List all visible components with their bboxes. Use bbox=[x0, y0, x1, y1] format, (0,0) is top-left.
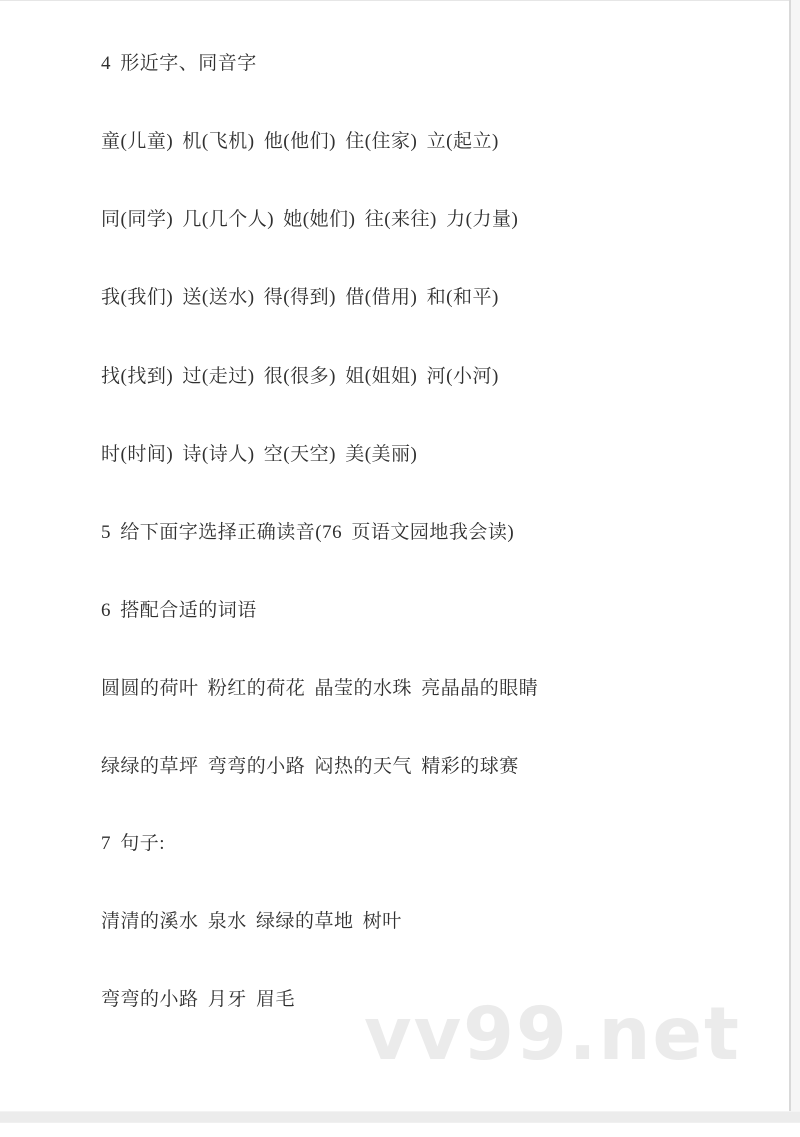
heading-section-7: 7 句子: bbox=[101, 833, 165, 855]
text-line-sentences-1: 清清的溪水 泉水 绿绿的草地 树叶 bbox=[101, 911, 402, 933]
watermark: vv99.net bbox=[364, 998, 741, 1071]
viewer-right-margin bbox=[791, 0, 800, 1111]
heading-section-5: 5 给下面字选择正确读音(76 页语文园地我会读) bbox=[101, 522, 514, 544]
text-line-similar-chars-3: 我(我们) 送(送水) 得(得到) 借(借用) 和(和平) bbox=[101, 287, 499, 309]
text-line-similar-chars-2: 同(同学) 几(几个人) 她(她们) 往(来往) 力(力量) bbox=[101, 209, 518, 231]
page-right-edge bbox=[789, 0, 791, 1111]
text-line-phrases-1: 圆圆的荷叶 粉红的荷花 晶莹的水珠 亮晶晶的眼睛 bbox=[101, 678, 538, 700]
heading-section-4: 4 形近字、同音字 bbox=[101, 53, 257, 75]
text-line-similar-chars-5: 时(时间) 诗(诗人) 空(天空) 美(美丽) bbox=[101, 444, 417, 466]
text-line-similar-chars-4: 找(找到) 过(走过) 很(很多) 姐(姐姐) 河(小河) bbox=[101, 366, 499, 388]
top-edge-divider bbox=[0, 0, 800, 1]
document-page: vv99.net 4 形近字、同音字 童(儿童) 机(飞机) 他(他们) 住(住… bbox=[0, 0, 800, 1137]
text-line-phrases-2: 绿绿的草坪 弯弯的小路 闷热的天气 精彩的球赛 bbox=[101, 756, 519, 778]
text-line-sentences-2: 弯弯的小路 月牙 眉毛 bbox=[101, 989, 295, 1011]
heading-section-6: 6 搭配合适的词语 bbox=[101, 600, 257, 622]
page-separator bbox=[0, 1111, 800, 1123]
text-line-similar-chars-1: 童(儿童) 机(飞机) 他(他们) 住(住家) 立(起立) bbox=[101, 131, 499, 153]
